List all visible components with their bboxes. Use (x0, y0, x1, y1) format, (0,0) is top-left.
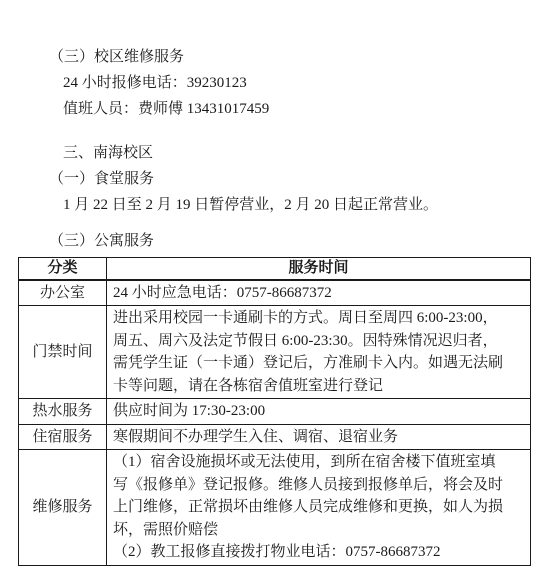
category-cell: 住宿服务 (19, 424, 107, 450)
apartment-services-table: 分类 服务时间 办公室 24 小时应急电话：0757-86687372 门禁时间… (18, 257, 531, 566)
campus-repair-heading: （三）校区维修服务 (49, 44, 549, 70)
duty-staff-line: 值班人员：费师傅 13431017459 (63, 96, 549, 122)
apartment-service-heading: （三）公寓服务 (49, 228, 549, 254)
category-cell: 热水服务 (19, 399, 107, 425)
canteen-service-heading: （一）食堂服务 (49, 166, 549, 192)
detail-cell: （1）宿舍设施损坏或无法使用，到所在宿舍楼下值班室填 写《报修单》登记报修。维修… (107, 450, 531, 566)
table-row: 办公室 24 小时应急电话：0757-86687372 (19, 280, 531, 306)
nanhai-campus-heading: 三、南海校区 (63, 140, 549, 166)
detail-cell: 进出采用校园一卡通刷卡的方式。周日至周四 6:00-23:00， 周五、周六及法… (107, 306, 531, 399)
category-cell: 办公室 (19, 280, 107, 306)
table-row: 维修服务 （1）宿舍设施损坏或无法使用，到所在宿舍楼下值班室填 写《报修单》登记… (19, 450, 531, 566)
document-page: （三）校区维修服务 24 小时报修电话：39230123 值班人员：费师傅 13… (0, 0, 549, 584)
table-header-service-time: 服务时间 (107, 258, 531, 280)
table-header-category: 分类 (19, 258, 107, 280)
detail-cell: 24 小时应急电话：0757-86687372 (107, 280, 531, 306)
table-header-row: 分类 服务时间 (19, 258, 531, 280)
canteen-service-note: 1 月 22 日至 2 月 19 日暂停营业，2 月 20 日起正常营业。 (63, 192, 549, 218)
table-row: 门禁时间 进出采用校园一卡通刷卡的方式。周日至周四 6:00-23:00， 周五… (19, 306, 531, 399)
category-cell: 维修服务 (19, 450, 107, 566)
table-row: 热水服务 供应时间为 17:30-23:00 (19, 399, 531, 425)
category-cell: 门禁时间 (19, 306, 107, 399)
repair-hotline-line: 24 小时报修电话：39230123 (63, 70, 549, 96)
detail-cell: 寒假期间不办理学生入住、调宿、退宿业务 (107, 424, 531, 450)
table-row: 住宿服务 寒假期间不办理学生入住、调宿、退宿业务 (19, 424, 531, 450)
detail-cell: 供应时间为 17:30-23:00 (107, 399, 531, 425)
